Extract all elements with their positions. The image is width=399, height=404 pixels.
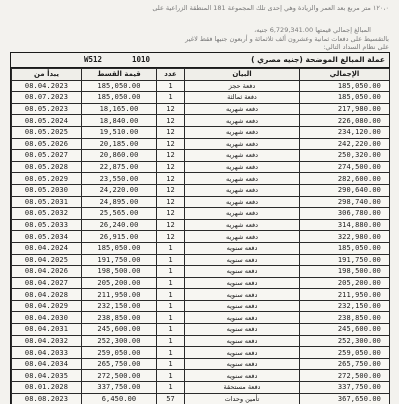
table-title: عملة المبالغ الموضحة (جنيه مصري ): [251, 55, 385, 64]
start-date-cell: 08.05.2023: [12, 103, 82, 115]
description-cell: دفعه سنويه: [185, 335, 300, 347]
start-date-cell: 08.04.2023: [12, 80, 82, 92]
installment-value-cell: 245,600.00: [82, 324, 157, 336]
installment-value-cell: 265,750.00: [82, 358, 157, 370]
description-cell: دفعه سنويه: [185, 277, 300, 289]
header-row: يبدأ من قيمة القسط عدد البيان الإجمالي: [12, 69, 390, 81]
table-row: 08.05.203225,565.0012دفعه شهريه306,780.0…: [12, 208, 390, 220]
installment-value-cell: 337,750.00: [82, 382, 157, 394]
description-cell: دفعه شهريه: [185, 126, 300, 138]
count-cell: 12: [157, 138, 185, 150]
start-date-cell: 08.05.2027: [12, 150, 82, 162]
description-cell: دفعه سنويه: [185, 347, 300, 359]
description-cell: دفعه شهريه: [185, 208, 300, 220]
col-description: البيان: [185, 69, 300, 81]
count-cell: 1: [157, 277, 185, 289]
description-cell: دفعه سنويه: [185, 300, 300, 312]
description-cell: دفعة حجز: [185, 80, 300, 92]
total-cell: 306,780.00: [300, 208, 390, 220]
table-row: 08.04.2027205,200.001دفعه سنويه205,200.0…: [12, 277, 390, 289]
total-cell: 298,740.00: [300, 196, 390, 208]
code-1010: 1010: [132, 55, 150, 64]
start-date-cell: 08.05.2033: [12, 219, 82, 231]
start-date-cell: 08.04.2029: [12, 300, 82, 312]
start-date-cell: 08.04.2031: [12, 324, 82, 336]
start-date-cell: 08.05.2031: [12, 196, 82, 208]
start-date-cell: 08.05.2032: [12, 208, 82, 220]
table-row: 08.05.203024,220.0012دفعه شهريه290,640.0…: [12, 184, 390, 196]
description-cell: دفعه شهريه: [185, 138, 300, 150]
count-cell: 12: [157, 161, 185, 173]
total-cell: 265,750.00: [300, 358, 390, 370]
total-cell: 198,500.00: [300, 266, 390, 278]
count-cell: 12: [157, 126, 185, 138]
installment-value-cell: 19,510.00: [82, 126, 157, 138]
start-date-cell: 08.05.2024: [12, 115, 82, 127]
description-cell: تأمين وحدات: [185, 393, 300, 404]
table-row: 08.04.2025191,750.001دفعه سنويه191,750.0…: [12, 254, 390, 266]
start-date-cell: 08.07.2023: [12, 92, 82, 104]
table-row: 08.04.2026198,500.001دفعه سنويه198,500.0…: [12, 266, 390, 278]
count-cell: 1: [157, 382, 185, 394]
table-row: 08.04.2028211,950.001دفعه سنويه211,950.0…: [12, 289, 390, 301]
start-date-cell: 08.05.2034: [12, 231, 82, 243]
total-cell: 205,200.00: [300, 277, 390, 289]
description-cell: دفعه سنويه: [185, 324, 300, 336]
header-line-1: ١٢٠،٠ متر مربع بعد العمر والزيادة وهي إح…: [152, 4, 389, 12]
total-cell: 234,120.00: [300, 126, 390, 138]
installment-value-cell: 6,450.00: [82, 393, 157, 404]
installment-value-cell: 23,550.00: [82, 173, 157, 185]
installment-value-cell: 205,200.00: [82, 277, 157, 289]
count-cell: 1: [157, 312, 185, 324]
table-row: 08.04.2024185,050.001دفعه سنويه185,050.0…: [12, 242, 390, 254]
count-cell: 1: [157, 92, 185, 104]
total-cell: 217,980.00: [300, 103, 390, 115]
description-cell: دفعه شهريه: [185, 231, 300, 243]
start-date-cell: 08.04.2025: [12, 254, 82, 266]
total-cell: 185,050.00: [300, 242, 390, 254]
start-date-cell: 08.04.2027: [12, 277, 82, 289]
start-date-cell: 08.05.2028: [12, 161, 82, 173]
total-cell: 245,600.00: [300, 324, 390, 336]
table-row: 08.05.202720,860.0012دفعه شهريه250,320.0…: [12, 150, 390, 162]
installment-value-cell: 22,875.00: [82, 161, 157, 173]
table-row: 08.04.2029232,150.001دفعه سنويه232,150.0…: [12, 300, 390, 312]
total-cell: 211,950.00: [300, 289, 390, 301]
total-cell: 367,650.00: [300, 393, 390, 404]
table-row: 08.04.2031245,600.001دفعه سنويه245,600.0…: [12, 324, 390, 336]
description-cell: دفعه شهريه: [185, 103, 300, 115]
description-cell: دفعة مستحقة: [185, 382, 300, 394]
table-row: 08.05.203426,915.0012دفعه شهريه322,980.0…: [12, 231, 390, 243]
count-cell: 1: [157, 358, 185, 370]
total-cell: 322,980.00: [300, 231, 390, 243]
total-cell: 250,320.00: [300, 150, 390, 162]
description-cell: دفعه سنويه: [185, 266, 300, 278]
description-cell: دفعه سنويه: [185, 289, 300, 301]
table-row: 08.05.203124,895.0012دفعه شهريه298,740.0…: [12, 196, 390, 208]
description-cell: دفعه سنويه: [185, 254, 300, 266]
header-line-4: على نظام السداد التالي:: [323, 43, 389, 51]
col-total: الإجمالي: [300, 69, 390, 81]
total-cell: 185,050.00: [300, 92, 390, 104]
total-cell: 242,220.00: [300, 138, 390, 150]
installment-value-cell: 185,050.00: [82, 242, 157, 254]
count-cell: 12: [157, 231, 185, 243]
description-cell: دفعه شهريه: [185, 196, 300, 208]
count-cell: 1: [157, 254, 185, 266]
total-cell: 337,750.00: [300, 382, 390, 394]
installment-value-cell: 185,050.00: [82, 80, 157, 92]
installment-value-cell: 26,915.00: [82, 231, 157, 243]
count-cell: 12: [157, 208, 185, 220]
installment-value-cell: 191,750.00: [82, 254, 157, 266]
start-date-cell: 08.04.2024: [12, 242, 82, 254]
start-date-cell: 08.04.2035: [12, 370, 82, 382]
start-date-cell: 08.04.2030: [12, 312, 82, 324]
start-date-cell: 08.04.2026: [12, 266, 82, 278]
start-date-cell: 08.04.2032: [12, 335, 82, 347]
total-cell: 290,640.00: [300, 184, 390, 196]
table-row: 08.04.2032252,300.001دفعه سنويه252,300.0…: [12, 335, 390, 347]
description-cell: دفعه سنويه: [185, 312, 300, 324]
count-cell: 12: [157, 173, 185, 185]
start-date-cell: 08.05.2025: [12, 126, 82, 138]
start-date-cell: 08.05.2026: [12, 138, 82, 150]
table-row: 08.04.2035272,500.001دفعه سنويه272,500.0…: [12, 370, 390, 382]
total-cell: 185,050.00: [300, 80, 390, 92]
table-row: 08.04.2034265,750.001دفعه سنويه265,750.0…: [12, 358, 390, 370]
count-cell: 1: [157, 289, 185, 301]
count-cell: 1: [157, 80, 185, 92]
table-row: 08.05.202822,875.0012دفعه شهريه274,500.0…: [12, 161, 390, 173]
start-date-cell: 08.01.2028: [12, 382, 82, 394]
total-cell: 238,850.00: [300, 312, 390, 324]
count-cell: 12: [157, 115, 185, 127]
installment-value-cell: 24,220.00: [82, 184, 157, 196]
col-count: عدد: [157, 69, 185, 81]
description-cell: دفعه سنويه: [185, 242, 300, 254]
table-row: 08.05.202923,550.0012دفعه شهريه282,600.0…: [12, 173, 390, 185]
start-date-cell: 08.04.2033: [12, 347, 82, 359]
header-line-2: المبالغ إجمالي قيمتها 6,729,341.00 جنيه،: [254, 26, 371, 34]
table-row: 08.08.20236,450.0057تأمين وحدات367,650.0…: [12, 393, 390, 404]
installment-value-cell: 259,050.00: [82, 347, 157, 359]
installment-value-cell: 18,840.00: [82, 115, 157, 127]
installment-value-cell: 211,950.00: [82, 289, 157, 301]
count-cell: 12: [157, 219, 185, 231]
total-cell: 314,880.00: [300, 219, 390, 231]
count-cell: 1: [157, 335, 185, 347]
payment-schedule-table: W512 1010 عملة المبالغ الموضحة (جنيه مصر…: [10, 52, 390, 404]
start-date-cell: 08.04.2034: [12, 358, 82, 370]
description-cell: دفعه شهريه: [185, 161, 300, 173]
table-title-row: W512 1010 عملة المبالغ الموضحة (جنيه مصر…: [11, 53, 389, 68]
description-cell: دفعه شهريه: [185, 219, 300, 231]
total-cell: 226,080.00: [300, 115, 390, 127]
installment-value-cell: 238,850.00: [82, 312, 157, 324]
table-row: 08.05.202318,165.0012دفعه شهريه217,980.0…: [12, 103, 390, 115]
table-row: 08.01.2028337,750.001دفعة مستحقة337,750.…: [12, 382, 390, 394]
start-date-cell: 08.04.2028: [12, 289, 82, 301]
start-date-cell: 08.05.2029: [12, 173, 82, 185]
description-cell: دفعه سنويه: [185, 358, 300, 370]
total-cell: 252,300.00: [300, 335, 390, 347]
installment-value-cell: 20,860.00: [82, 150, 157, 162]
total-cell: 191,750.00: [300, 254, 390, 266]
table-row: 08.05.202620,185.0012دفعه شهريه242,220.0…: [12, 138, 390, 150]
count-cell: 1: [157, 300, 185, 312]
table-row: 08.05.203326,240.0012دفعه شهريه314,880.0…: [12, 219, 390, 231]
table-row: 08.05.202418,840.0012دفعه شهريه226,080.0…: [12, 115, 390, 127]
total-cell: 272,500.00: [300, 370, 390, 382]
col-installment-value: قيمة القسط: [82, 69, 157, 81]
count-cell: 12: [157, 184, 185, 196]
count-cell: 1: [157, 347, 185, 359]
table-row: 08.04.2023185,050.001دفعة حجز185,050.00: [12, 80, 390, 92]
table-row: 08.04.2030238,850.001دفعه سنويه238,850.0…: [12, 312, 390, 324]
installment-value-cell: 24,895.00: [82, 196, 157, 208]
table-row: 08.07.2023185,050.001دفعة ثمالثة185,050.…: [12, 92, 390, 104]
count-cell: 1: [157, 266, 185, 278]
total-cell: 259,050.00: [300, 347, 390, 359]
schedule-grid: يبدأ من قيمة القسط عدد البيان الإجمالي 0…: [11, 68, 390, 404]
count-cell: 1: [157, 242, 185, 254]
description-cell: دفعه سنويه: [185, 370, 300, 382]
installment-value-cell: 20,185.00: [82, 138, 157, 150]
installment-value-cell: 185,050.00: [82, 92, 157, 104]
description-cell: دفعه شهريه: [185, 173, 300, 185]
count-cell: 12: [157, 196, 185, 208]
installment-value-cell: 252,300.00: [82, 335, 157, 347]
installment-value-cell: 232,150.00: [82, 300, 157, 312]
description-cell: دفعه شهريه: [185, 184, 300, 196]
header-line-3: بالتقسيط على دفعات ثمانية وعشرون ألف ثلا…: [185, 35, 389, 43]
installment-value-cell: 272,500.00: [82, 370, 157, 382]
installment-value-cell: 18,165.00: [82, 103, 157, 115]
total-cell: 232,150.00: [300, 300, 390, 312]
description-cell: دفعة ثمالثة: [185, 92, 300, 104]
table-row: 08.05.202519,510.0012دفعه شهريه234,120.0…: [12, 126, 390, 138]
count-cell: 12: [157, 103, 185, 115]
count-cell: 12: [157, 150, 185, 162]
total-cell: 274,500.00: [300, 161, 390, 173]
description-cell: دفعه شهريه: [185, 150, 300, 162]
installment-value-cell: 198,500.00: [82, 266, 157, 278]
code-w512: W512: [84, 55, 102, 64]
col-start-date: يبدأ من: [12, 69, 82, 81]
table-row: 08.04.2033259,050.001دفعه سنويه259,050.0…: [12, 347, 390, 359]
start-date-cell: 08.05.2030: [12, 184, 82, 196]
count-cell: 1: [157, 370, 185, 382]
total-cell: 282,600.00: [300, 173, 390, 185]
count-cell: 57: [157, 393, 185, 404]
installment-value-cell: 26,240.00: [82, 219, 157, 231]
description-cell: دفعه شهريه: [185, 115, 300, 127]
count-cell: 1: [157, 324, 185, 336]
start-date-cell: 08.08.2023: [12, 393, 82, 404]
installment-value-cell: 25,565.00: [82, 208, 157, 220]
